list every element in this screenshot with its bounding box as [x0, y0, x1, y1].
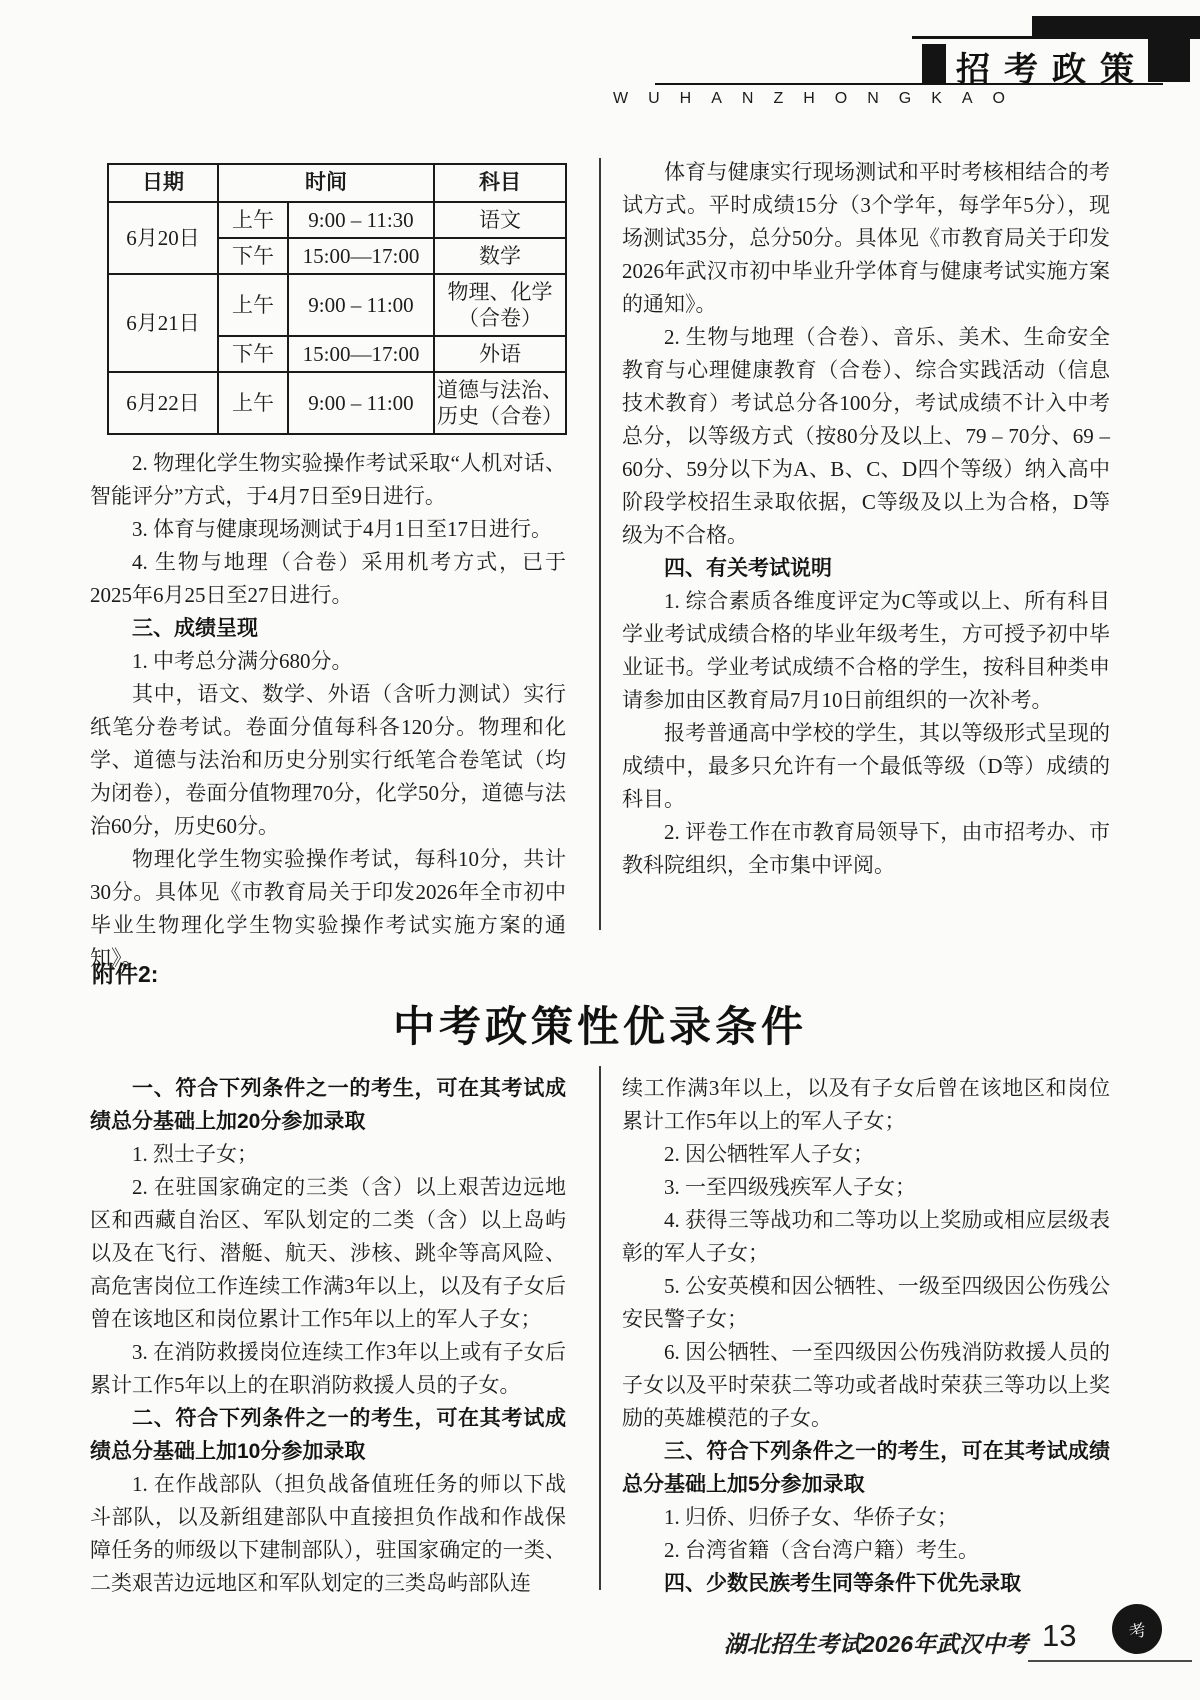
paragraph: 2. 评卷工作在市教育局领导下，由市招考办、市教科院组织，全市集中评阅。 [622, 816, 1110, 882]
table-row: 6月20日 上午 9:00 – 11:30 语文 [108, 202, 566, 238]
cell-date: 6月22日 [108, 372, 218, 434]
masthead-rule-bottom [655, 83, 1163, 85]
table-row: 6月21日 上午 9:00 – 11:00 物理、化学（合卷） [108, 274, 566, 336]
masthead-square-left-icon [922, 44, 946, 84]
paragraph: 物理化学生物实验操作考试，每科10分，共计30分。具体见《市教育局关于印发202… [90, 843, 566, 975]
paragraph: 4. 生物与地理（合卷）采用机考方式，已于2025年6月25日至27日进行。 [90, 546, 566, 612]
corner-bar [1032, 16, 1200, 36]
cell-subject: 外语 [434, 336, 566, 372]
paragraph: 其中，语文、数学、外语（含听力测试）实行纸笔分卷考试。卷面分值每科各120分。物… [90, 678, 566, 843]
section-heading: 二、符合下列条件之一的考生，可在其考试成绩总分基础上加10分参加录取 [90, 1402, 566, 1468]
paragraph: 1. 烈士子女； [90, 1138, 566, 1171]
cell-subject: 语文 [434, 202, 566, 238]
paragraph: 4. 获得三等战功和二等功以上奖励或相应层级表彰的军人子女； [622, 1204, 1110, 1270]
cell-session: 下午 [218, 336, 288, 372]
cell-subject: 数学 [434, 238, 566, 274]
seal-icon: 考 [1107, 1599, 1168, 1660]
cell-subject: 道德与法治、历史（合卷） [434, 372, 566, 434]
paragraph: 1. 综合素质各维度评定为C等或以上、所有科目学业考试成绩合格的毕业年级考生，方… [622, 585, 1110, 717]
attachment-title: 中考政策性优录条件 [0, 994, 1200, 1054]
paragraph: 1. 在作战部队（担负战备值班任务的师以下战斗部队，以及新组建部队中直接担负作战… [90, 1468, 566, 1600]
paragraph: 体育与健康实行现场测试和平时考核相结合的考试方式。平时成绩15分（3个学年，每学… [622, 156, 1110, 321]
page-number: 13 [1042, 1618, 1076, 1654]
paragraph: 2. 台湾省籍（含台湾户籍）考生。 [622, 1534, 1110, 1567]
top-left-column: 日期 时间 科目 6月20日 上午 9:00 – 11:30 语文 下午 15:… [90, 150, 566, 975]
column-divider-top [599, 158, 601, 930]
paragraph: 续工作满3年以上，以及有子女后曾在该地区和岗位累计工作5年以上的军人子女； [622, 1072, 1110, 1138]
cell-time: 9:00 – 11:30 [288, 202, 434, 238]
column-divider-bottom [599, 1066, 601, 1590]
footer-journal-title: 湖北招生考试2026年武汉中考 [724, 1626, 1028, 1659]
top-right-column: 体育与健康实行现场测试和平时考核相结合的考试方式。平时成绩15分（3个学年，每学… [622, 156, 1110, 882]
cell-time: 15:00—17:00 [288, 336, 434, 372]
cell-time: 9:00 – 11:00 [288, 274, 434, 336]
cell-time: 15:00—17:00 [288, 238, 434, 274]
cell-session: 上午 [218, 274, 288, 336]
paragraph: 6. 因公牺牲、一至四级因公伤残消防救援人员的子女以及平时荣获二等功或者战时荣获… [622, 1336, 1110, 1435]
footer-rule [1028, 1660, 1192, 1662]
paragraph: 3. 体育与健康现场测试于4月1日至17日进行。 [90, 513, 566, 546]
exam-schedule-table: 日期 时间 科目 6月20日 上午 9:00 – 11:30 语文 下午 15:… [107, 163, 567, 435]
cell-date: 6月21日 [108, 274, 218, 372]
paragraph: 1. 归侨、归侨子女、华侨子女； [622, 1501, 1110, 1534]
section-heading: 一、符合下列条件之一的考生，可在其考试成绩总分基础上加20分参加录取 [90, 1072, 566, 1138]
cell-time: 9:00 – 11:00 [288, 372, 434, 434]
cell-session: 上午 [218, 372, 288, 434]
bottom-right-column: 续工作满3年以上，以及有子女后曾在该地区和岗位累计工作5年以上的军人子女； 2.… [622, 1072, 1110, 1600]
section-heading: 四、少数民族考生同等条件下优先录取 [622, 1567, 1110, 1600]
cell-session: 下午 [218, 238, 288, 274]
paragraph: 5. 公安英模和因公牺牲、一级至四级因公伤残公安民警子女； [622, 1270, 1110, 1336]
section-heading: 三、成绩呈现 [90, 612, 566, 645]
paragraph: 2. 生物与地理（合卷）、音乐、美术、生命安全教育与心理健康教育（合卷）、综合实… [622, 321, 1110, 552]
attachment-label: 附件2: [92, 956, 158, 989]
table-header-row: 日期 时间 科目 [108, 164, 566, 202]
section-heading: 四、有关考试说明 [622, 552, 1110, 585]
cell-subject: 物理、化学（合卷） [434, 274, 566, 336]
document-page: 招考政策 WUHANZHONGKAO 日期 时间 科目 6月20日 上午 9:0… [0, 0, 1200, 1700]
section-heading: 三、符合下列条件之一的考生，可在其考试成绩总分基础上加5分参加录取 [622, 1435, 1110, 1501]
paragraph: 1. 中考总分满分680分。 [90, 645, 566, 678]
paragraph: 2. 在驻国家确定的三类（含）以上艰苦边远地区和西藏自治区、军队划定的二类（含）… [90, 1171, 566, 1336]
header-subject: 科目 [434, 164, 566, 202]
table-row: 6月22日 上午 9:00 – 11:00 道德与法治、历史（合卷） [108, 372, 566, 434]
header-time: 时间 [218, 164, 434, 202]
paragraph: 3. 一至四级残疾军人子女； [622, 1171, 1110, 1204]
masthead-square-right-icon [1148, 38, 1190, 82]
cell-date: 6月20日 [108, 202, 218, 274]
paragraph: 2. 物理化学生物实验操作考试采取“人机对话、智能评分”方式，于4月7日至9日进… [90, 447, 566, 513]
header-date: 日期 [108, 164, 218, 202]
paragraph: 报考普通高中学校的学生，其以等级形式呈现的成绩中，最多只允许有一个最低等级（D等… [622, 717, 1110, 816]
bottom-left-column: 一、符合下列条件之一的考生，可在其考试成绩总分基础上加20分参加录取 1. 烈士… [90, 1072, 566, 1600]
paragraph: 2. 因公牺牲军人子女； [622, 1138, 1110, 1171]
paragraph: 3. 在消防救援岗位连续工作3年以上或有子女后累计工作5年以上的在职消防救援人员… [90, 1336, 566, 1402]
cell-session: 上午 [218, 202, 288, 238]
masthead-pinyin: WUHANZHONGKAO [613, 90, 1025, 108]
